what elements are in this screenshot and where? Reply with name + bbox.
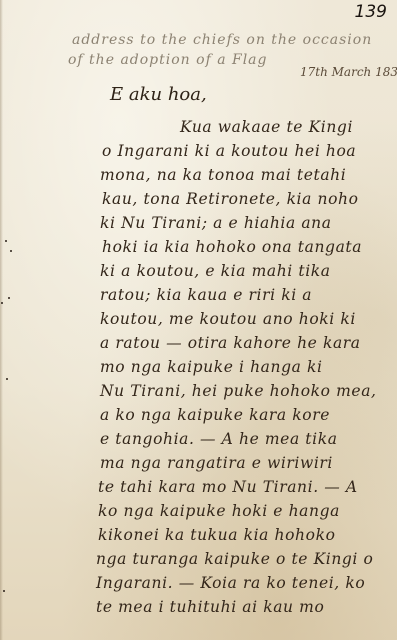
salutation: E aku hoa, [110, 84, 207, 105]
letter-date: 17th March 1834 [300, 65, 397, 79]
margin-speck [8, 297, 10, 299]
body-line: ki a koutou, e kia mahi tika [100, 262, 331, 280]
body-line: Nu Tirani, hei puke hohoko mea, [100, 382, 377, 400]
body-line: mona, na ka tonoa mai tetahi [100, 166, 346, 184]
body-line: ratou; kia kaua e riri ki a [100, 286, 312, 304]
body-line: a ratou — otira kahore he kara [100, 334, 361, 352]
body-line: ma nga rangatira e wiriwiri [100, 454, 333, 472]
body-line: te mea i tuhituhi ai kau mo [96, 598, 324, 616]
margin-speck [10, 250, 12, 252]
body-line: Kua wakaae te Kingi [180, 118, 353, 136]
body-line: koutou, me koutou ano hoki ki [100, 310, 356, 328]
body-line: a ko nga kaipuke kara kore [100, 406, 330, 424]
page-number: 139 [355, 2, 387, 22]
margin-speck [1, 302, 3, 304]
body-line: Ingarani. — Koia ra ko tenei, ko [96, 574, 365, 592]
body-line: nga turanga kaipuke o te Kingi o [96, 550, 373, 568]
body-line: ki Nu Tirani; a e hiahia ana [100, 214, 332, 232]
page-edge-shadow [0, 0, 3, 640]
margin-speck [3, 590, 5, 592]
pencil-heading-line-1: address to the chiefs on the occasion [72, 32, 372, 48]
pencil-heading-line-2: of the adoption of a Flag [68, 52, 268, 68]
margin-speck [5, 240, 7, 242]
body-line: hoki ia kia hohoko ona tangata [102, 238, 362, 256]
body-line: kau, tona Retironete, kia noho [102, 190, 359, 208]
body-line: e tangohia. — A he mea tika [100, 430, 338, 448]
body-line: o Ingarani ki a koutou hei hoa [102, 142, 356, 160]
body-line: kikonei ka tukua kia hohoko [98, 526, 336, 544]
margin-speck [6, 378, 8, 380]
manuscript-page: 139 address to the chiefs on the occasio… [0, 0, 397, 640]
body-line: ko nga kaipuke hoki e hanga [98, 502, 340, 520]
body-line: te tahi kara mo Nu Tirani. — A [98, 478, 358, 496]
body-line: mo nga kaipuke i hanga ki [100, 358, 323, 376]
